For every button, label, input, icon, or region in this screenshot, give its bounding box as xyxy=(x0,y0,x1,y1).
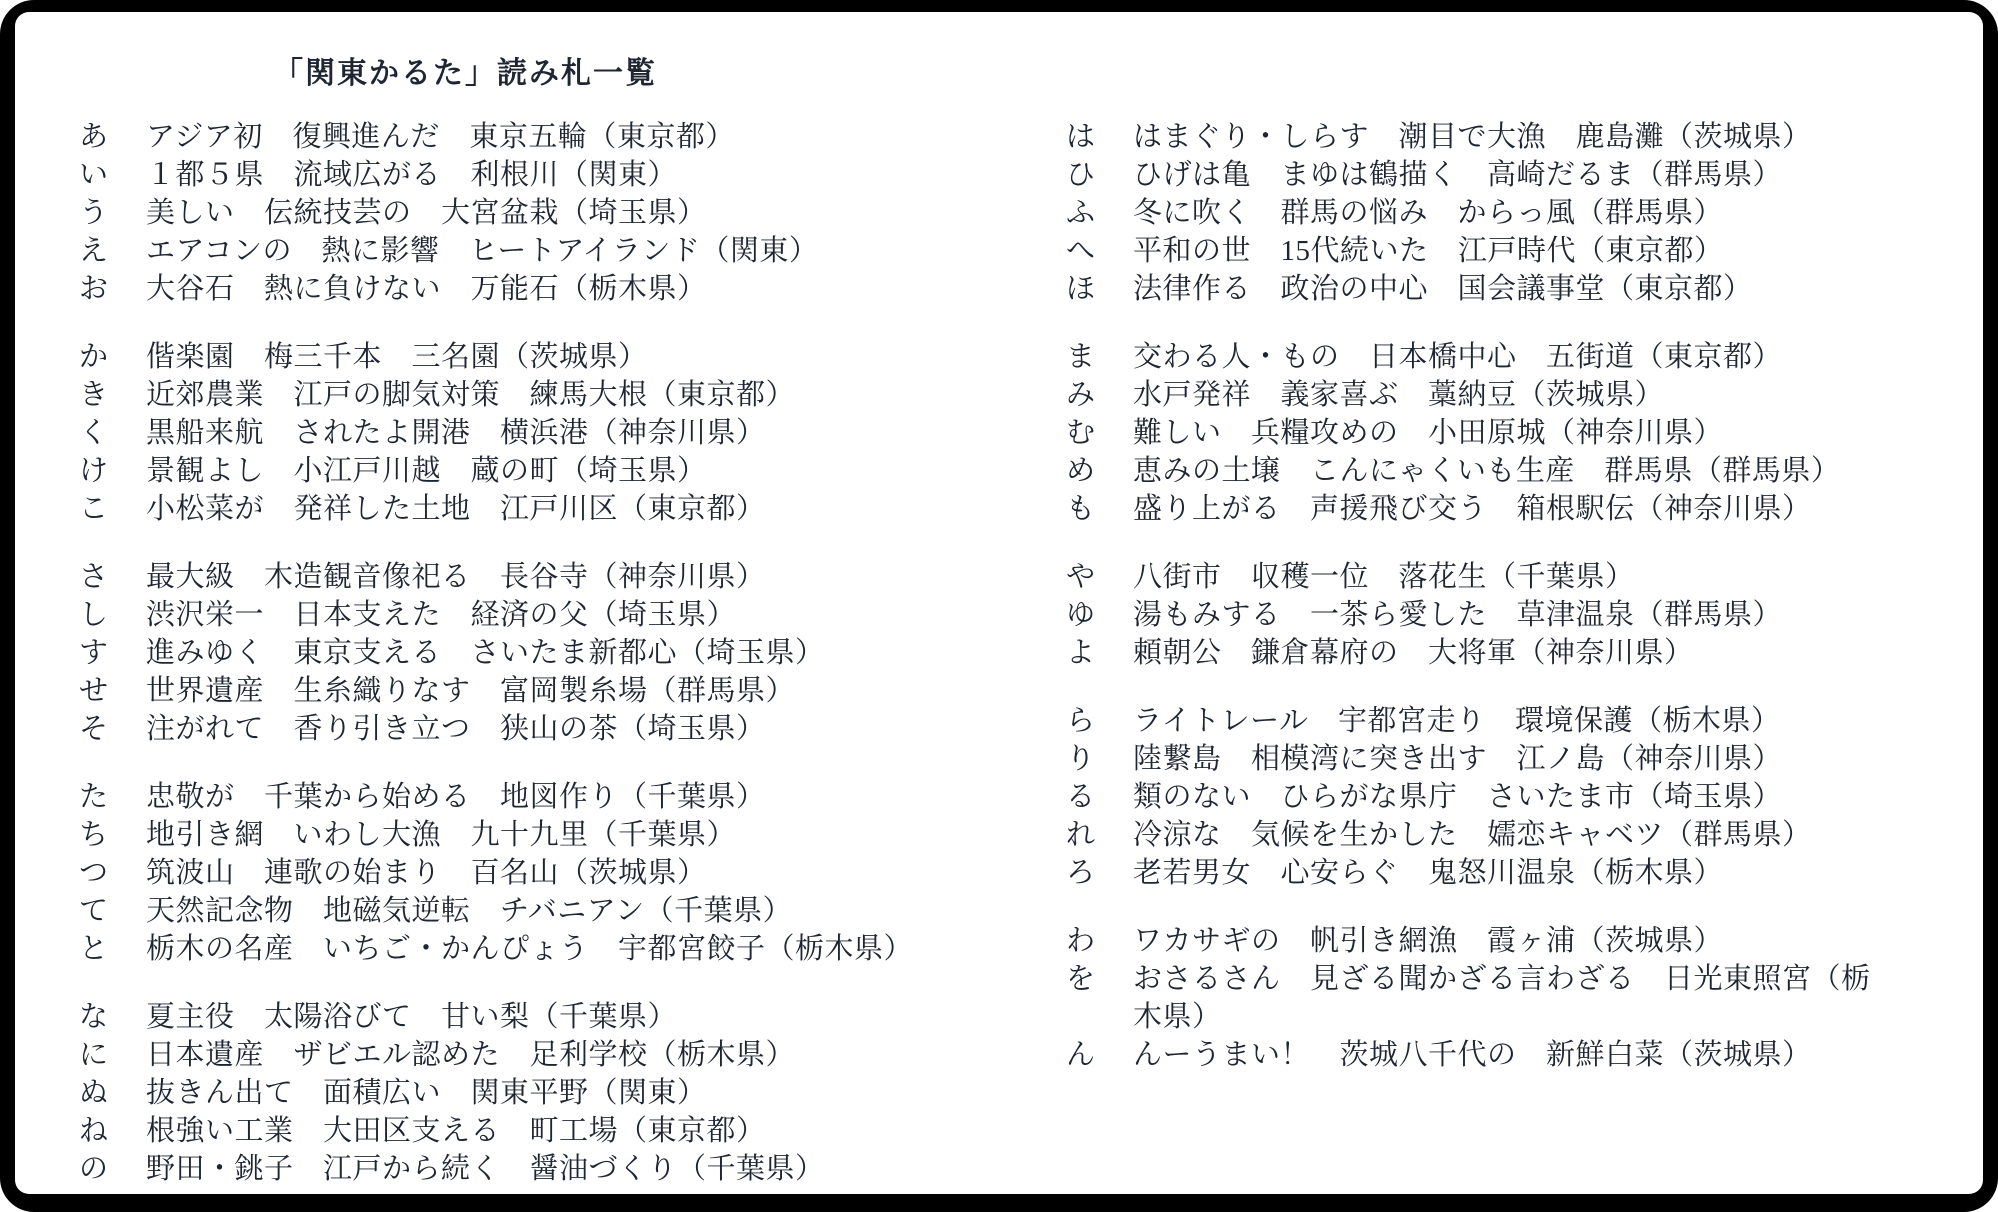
karuta-row: ね根強い工業 大田区支える 町工場（東京都） xyxy=(79,1112,1066,1150)
kana-label: な xyxy=(79,998,146,1036)
kana-label: て xyxy=(79,892,146,930)
karuta-row: い１都５県 流域広がる 利根川（関東） xyxy=(79,156,1066,194)
kana-label: と xyxy=(79,930,146,968)
kana-label: お xyxy=(79,270,146,308)
page-title: 「関東かるた」読み札一覧 xyxy=(273,48,1983,92)
reading-text: 根強い工業 大田区支える 町工場（東京都） xyxy=(146,1112,766,1150)
kana-label: へ xyxy=(1066,232,1133,270)
kana-label: を xyxy=(1066,960,1133,1036)
kana-label: ろ xyxy=(1066,854,1133,892)
karuta-row: こ小松菜が 発祥した土地 江戸川区（東京都） xyxy=(79,490,1066,528)
kana-label: ち xyxy=(79,816,146,854)
kana-label: け xyxy=(79,452,146,490)
reading-text: ひげは亀 まゆは鶴描く 高崎だるま（群馬県） xyxy=(1133,156,1782,194)
karuta-group: ま交わる人・もの 日本橋中心 五街道（東京都）み水戸発祥 義家喜ぶ 藁納豆（茨城… xyxy=(1066,338,1983,528)
kana-label: こ xyxy=(79,490,146,528)
karuta-row: れ冷涼な 気候を生かした 嬬恋キャベツ（群馬県） xyxy=(1066,816,1983,854)
kana-label: ん xyxy=(1066,1036,1133,1074)
reading-text: ライトレール 宇都宮走り 環境保護（栃木県） xyxy=(1133,702,1781,740)
kana-label: さ xyxy=(79,558,146,596)
karuta-row: ふ冬に吹く 群馬の悩み からっ風（群馬県） xyxy=(1066,194,1983,232)
karuta-group: か偕楽園 梅三千本 三名園（茨城県）き近郊農業 江戸の脚気対策 練馬大根（東京都… xyxy=(79,338,1066,528)
kana-label: わ xyxy=(1066,922,1133,960)
karuta-row: をおさるさん 見ざる聞かざる言わざる 日光東照宮（栃木県） xyxy=(1066,960,1983,1036)
reading-text: 法律作る 政治の中心 国会議事堂（東京都） xyxy=(1133,270,1753,308)
reading-text: 湯もみする 一茶ら愛した 草津温泉（群馬県） xyxy=(1133,596,1782,634)
reading-text: 偕楽園 梅三千本 三名園（茨城県） xyxy=(146,338,648,376)
kana-label: ゆ xyxy=(1066,596,1133,634)
reading-text: 筑波山 連歌の始まり 百名山（茨城県） xyxy=(146,854,707,892)
reading-text: 最大級 木造観音像祀る 長谷寺（神奈川県） xyxy=(146,558,766,596)
reading-text: 近郊農業 江戸の脚気対策 練馬大根（東京都） xyxy=(146,376,795,414)
reading-text: 忠敬が 千葉から始める 地図作り（千葉県） xyxy=(146,778,766,816)
reading-text: 景観よし 小江戸川越 蔵の町（埼玉県） xyxy=(146,452,707,490)
karuta-row: て天然記念物 地磁気逆転 チバニアン（千葉県） xyxy=(79,892,1066,930)
reading-text: 類のない ひらがな県庁 さいたま市（埼玉県） xyxy=(1133,778,1782,816)
karuta-row: き近郊農業 江戸の脚気対策 練馬大根（東京都） xyxy=(79,376,1066,414)
karuta-group: あアジア初 復興進んだ 東京五輪（東京都）い１都５県 流域広がる 利根川（関東）… xyxy=(79,118,1066,308)
kana-label: つ xyxy=(79,854,146,892)
karuta-row: と栃木の名産 いちご・かんぴょう 宇都宮餃子（栃木県） xyxy=(79,930,1066,968)
kana-label: き xyxy=(79,376,146,414)
kana-label: や xyxy=(1066,558,1133,596)
kana-label: み xyxy=(1066,376,1133,414)
karuta-row: も盛り上がる 声援飛び交う 箱根駅伝（神奈川県） xyxy=(1066,490,1983,528)
kana-label: た xyxy=(79,778,146,816)
kana-label: せ xyxy=(79,672,146,710)
karuta-group: らライトレール 宇都宮走り 環境保護（栃木県）り陸繋島 相模湾に突き出す 江ノ島… xyxy=(1066,702,1983,892)
reading-text: んーうまい！ 茨城八千代の 新鮮白菜（茨城県） xyxy=(1133,1036,1812,1074)
kana-label: め xyxy=(1066,452,1133,490)
karuta-row: つ筑波山 連歌の始まり 百名山（茨城県） xyxy=(79,854,1066,892)
kana-label: そ xyxy=(79,710,146,748)
reading-text: はまぐり・しらす 潮目で大漁 鹿島灘（茨城県） xyxy=(1133,118,1812,156)
reading-text: 盛り上がる 声援飛び交う 箱根駅伝（神奈川県） xyxy=(1133,490,1812,528)
karuta-row: め恵みの土壌 こんにゃくいも生産 群馬県（群馬県） xyxy=(1066,452,1983,490)
karuta-row: ゆ湯もみする 一茶ら愛した 草津温泉（群馬県） xyxy=(1066,596,1983,634)
kana-label: ま xyxy=(1066,338,1133,376)
reading-text: 栃木の名産 いちご・かんぴょう 宇都宮餃子（栃木県） xyxy=(146,930,913,968)
karuta-group: な夏主役 太陽浴びて 甘い梨（千葉県）に日本遺産 ザビエル認めた 足利学校（栃木… xyxy=(79,998,1066,1188)
karuta-row: そ注がれて 香り引き立つ 狭山の茶（埼玉県） xyxy=(79,710,1066,748)
karuta-row: へ平和の世 15代続いた 江戸時代（東京都） xyxy=(1066,232,1983,270)
kana-label: ひ xyxy=(1066,156,1133,194)
reading-text: 黒船来航 されたよ開港 横浜港（神奈川県） xyxy=(146,414,766,452)
reading-text: 夏主役 太陽浴びて 甘い梨（千葉県） xyxy=(146,998,677,1036)
kana-label: は xyxy=(1066,118,1133,156)
karuta-row: の野田・銚子 江戸から続く 醤油づくり（千葉県） xyxy=(79,1150,1066,1188)
karuta-row: す進みゆく 東京支える さいたま新都心（埼玉県） xyxy=(79,634,1066,672)
karuta-row: み水戸発祥 義家喜ぶ 藁納豆（茨城県） xyxy=(1066,376,1983,414)
reading-text: 冷涼な 気候を生かした 嬬恋キャベツ（群馬県） xyxy=(1133,816,1812,854)
kana-label: す xyxy=(79,634,146,672)
card-list-columns: あアジア初 復興進んだ 東京五輪（東京都）い１都５県 流域広がる 利根川（関東）… xyxy=(15,118,1983,1194)
karuta-row: な夏主役 太陽浴びて 甘い梨（千葉県） xyxy=(79,998,1066,1036)
karuta-row: く黒船来航 されたよ開港 横浜港（神奈川県） xyxy=(79,414,1066,452)
column-right: ははまぐり・しらす 潮目で大漁 鹿島灘（茨城県）ひひげは亀 まゆは鶴描く 高崎だ… xyxy=(1066,118,1983,1104)
reading-text: 日本遺産 ザビエル認めた 足利学校（栃木県） xyxy=(146,1036,795,1074)
karuta-row: む難しい 兵糧攻めの 小田原城（神奈川県） xyxy=(1066,414,1983,452)
kana-label: ふ xyxy=(1066,194,1133,232)
karuta-row: ち地引き網 いわし大漁 九十九里（千葉県） xyxy=(79,816,1066,854)
karuta-group: ははまぐり・しらす 潮目で大漁 鹿島灘（茨城県）ひひげは亀 まゆは鶴描く 高崎だ… xyxy=(1066,118,1983,308)
kana-label: の xyxy=(79,1150,146,1188)
reading-text: 平和の世 15代続いた 江戸時代（東京都） xyxy=(1133,232,1724,270)
kana-label: に xyxy=(79,1036,146,1074)
reading-text: 天然記念物 地磁気逆転 チバニアン（千葉県） xyxy=(146,892,792,930)
reading-text: 陸繋島 相模湾に突き出す 江ノ島（神奈川県） xyxy=(1133,740,1782,778)
karuta-row: ひひげは亀 まゆは鶴描く 高崎だるま（群馬県） xyxy=(1066,156,1983,194)
kana-label: り xyxy=(1066,740,1133,778)
kana-label: え xyxy=(79,232,146,270)
karuta-row: お大谷石 熱に負けない 万能石（栃木県） xyxy=(79,270,1066,308)
karuta-row: せ世界遺産 生糸織りなす 富岡製糸場（群馬県） xyxy=(79,672,1066,710)
column-left: あアジア初 復興進んだ 東京五輪（東京都）い１都５県 流域広がる 利根川（関東）… xyxy=(79,118,1066,1194)
page-frame: 「関東かるた」読み札一覧 あアジア初 復興進んだ 東京五輪（東京都）い１都５県 … xyxy=(0,0,1998,1212)
kana-label: あ xyxy=(79,118,146,156)
reading-text: １都５県 流域広がる 利根川（関東） xyxy=(146,156,677,194)
karuta-row: よ頼朝公 鎌倉幕府の 大将軍（神奈川県） xyxy=(1066,634,1983,672)
karuta-row: や八街市 収穫一位 落花生（千葉県） xyxy=(1066,558,1983,596)
kana-label: く xyxy=(79,414,146,452)
document-page: 「関東かるた」読み札一覧 あアジア初 復興進んだ 東京五輪（東京都）い１都５県 … xyxy=(15,12,1983,1194)
kana-label: も xyxy=(1066,490,1133,528)
kana-label: ね xyxy=(79,1112,146,1150)
reading-text: 大谷石 熱に負けない 万能石（栃木県） xyxy=(146,270,707,308)
kana-label: い xyxy=(79,156,146,194)
reading-text: ワカサギの 帆引き網漁 霞ヶ浦（茨城県） xyxy=(1133,922,1723,960)
karuta-row: らライトレール 宇都宮走り 環境保護（栃木県） xyxy=(1066,702,1983,740)
karuta-row: る類のない ひらがな県庁 さいたま市（埼玉県） xyxy=(1066,778,1983,816)
kana-label: か xyxy=(79,338,146,376)
karuta-row: えエアコンの 熱に影響 ヒートアイランド（関東） xyxy=(79,232,1066,270)
karuta-row: わワカサギの 帆引き網漁 霞ヶ浦（茨城県） xyxy=(1066,922,1983,960)
karuta-row: あアジア初 復興進んだ 東京五輪（東京都） xyxy=(79,118,1066,156)
reading-text: 小松菜が 発祥した土地 江戸川区（東京都） xyxy=(146,490,766,528)
karuta-row: う美しい 伝統技芸の 大宮盆栽（埼玉県） xyxy=(79,194,1066,232)
kana-label: る xyxy=(1066,778,1133,816)
kana-label: ほ xyxy=(1066,270,1133,308)
kana-label: う xyxy=(79,194,146,232)
reading-text: 難しい 兵糧攻めの 小田原城（神奈川県） xyxy=(1133,414,1723,452)
karuta-row: か偕楽園 梅三千本 三名園（茨城県） xyxy=(79,338,1066,376)
karuta-row: た忠敬が 千葉から始める 地図作り（千葉県） xyxy=(79,778,1066,816)
reading-text: 進みゆく 東京支える さいたま新都心（埼玉県） xyxy=(146,634,825,672)
karuta-group: た忠敬が 千葉から始める 地図作り（千葉県）ち地引き網 いわし大漁 九十九里（千… xyxy=(79,778,1066,968)
karuta-group: さ最大級 木造観音像祀る 長谷寺（神奈川県）し渋沢栄一 日本支えた 経済の父（埼… xyxy=(79,558,1066,748)
karuta-row: に日本遺産 ザビエル認めた 足利学校（栃木県） xyxy=(79,1036,1066,1074)
karuta-row: ほ法律作る 政治の中心 国会議事堂（東京都） xyxy=(1066,270,1983,308)
karuta-row: け景観よし 小江戸川越 蔵の町（埼玉県） xyxy=(79,452,1066,490)
karuta-row: ま交わる人・もの 日本橋中心 五街道（東京都） xyxy=(1066,338,1983,376)
reading-text: 渋沢栄一 日本支えた 経済の父（埼玉県） xyxy=(146,596,736,634)
karuta-row: ははまぐり・しらす 潮目で大漁 鹿島灘（茨城県） xyxy=(1066,118,1983,156)
reading-text: 地引き網 いわし大漁 九十九里（千葉県） xyxy=(146,816,736,854)
reading-text: 世界遺産 生糸織りなす 富岡製糸場（群馬県） xyxy=(146,672,795,710)
reading-text: 美しい 伝統技芸の 大宮盆栽（埼玉県） xyxy=(146,194,707,232)
reading-text: 水戸発祥 義家喜ぶ 藁納豆（茨城県） xyxy=(1133,376,1664,414)
kana-label: よ xyxy=(1066,634,1133,672)
karuta-group: や八街市 収穫一位 落花生（千葉県）ゆ湯もみする 一茶ら愛した 草津温泉（群馬県… xyxy=(1066,558,1983,672)
karuta-group: わワカサギの 帆引き網漁 霞ヶ浦（茨城県）をおさるさん 見ざる聞かざる言わざる … xyxy=(1066,922,1983,1074)
reading-text: 注がれて 香り引き立つ 狭山の茶（埼玉県） xyxy=(146,710,766,748)
reading-text: 頼朝公 鎌倉幕府の 大将軍（神奈川県） xyxy=(1133,634,1694,672)
reading-text: おさるさん 見ざる聞かざる言わざる 日光東照宮（栃木県） xyxy=(1133,960,1881,1036)
kana-label: む xyxy=(1066,414,1133,452)
karuta-row: さ最大級 木造観音像祀る 長谷寺（神奈川県） xyxy=(79,558,1066,596)
reading-text: 冬に吹く 群馬の悩み からっ風（群馬県） xyxy=(1133,194,1723,232)
reading-text: 交わる人・もの 日本橋中心 五街道（東京都） xyxy=(1133,338,1782,376)
kana-label: れ xyxy=(1066,816,1133,854)
reading-text: 野田・銚子 江戸から続く 醤油づくり（千葉県） xyxy=(146,1150,825,1188)
kana-label: し xyxy=(79,596,146,634)
reading-text: 抜きん出て 面積広い 関東平野（関東） xyxy=(146,1074,707,1112)
kana-label: ら xyxy=(1066,702,1133,740)
karuta-row: ぬ抜きん出て 面積広い 関東平野（関東） xyxy=(79,1074,1066,1112)
kana-label: ぬ xyxy=(79,1074,146,1112)
karuta-row: し渋沢栄一 日本支えた 経済の父（埼玉県） xyxy=(79,596,1066,634)
reading-text: 八街市 収穫一位 落花生（千葉県） xyxy=(1133,558,1635,596)
karuta-row: んんーうまい！ 茨城八千代の 新鮮白菜（茨城県） xyxy=(1066,1036,1983,1074)
reading-text: アジア初 復興進んだ 東京五輪（東京都） xyxy=(146,118,735,156)
karuta-row: ろ老若男女 心安らぐ 鬼怒川温泉（栃木県） xyxy=(1066,854,1983,892)
reading-text: 恵みの土壌 こんにゃくいも生産 群馬県（群馬県） xyxy=(1133,452,1840,490)
reading-text: エアコンの 熱に影響 ヒートアイランド（関東） xyxy=(146,232,818,270)
reading-text: 老若男女 心安らぐ 鬼怒川温泉（栃木県） xyxy=(1133,854,1723,892)
karuta-row: り陸繋島 相模湾に突き出す 江ノ島（神奈川県） xyxy=(1066,740,1983,778)
